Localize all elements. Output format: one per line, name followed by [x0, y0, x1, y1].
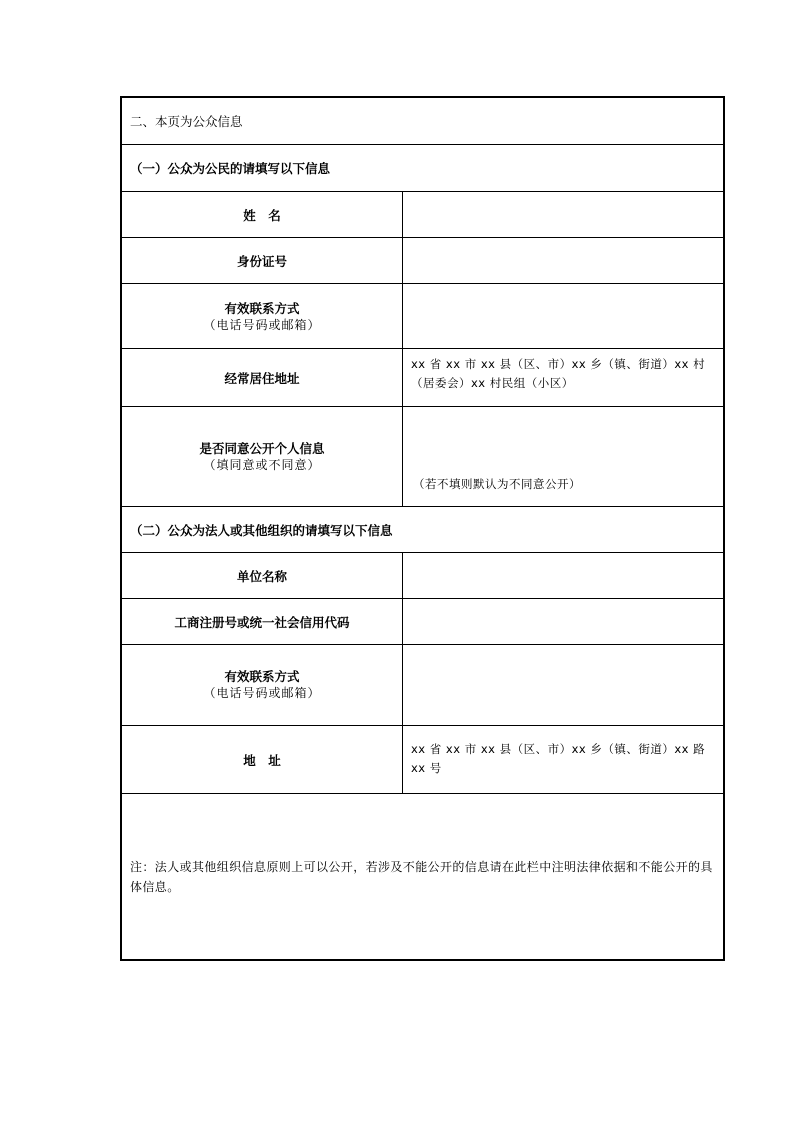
org-contact-label: 有效联系方式 （电话号码或邮箱）: [122, 645, 403, 725]
org-section-heading: （二）公众为法人或其他组织的请填写以下信息: [122, 507, 723, 552]
citizen-contact-field[interactable]: [403, 284, 723, 348]
citizen-contact-row: 有效联系方式 （电话号码或邮箱）: [122, 283, 723, 348]
citizen-contact-label: 有效联系方式 （电话号码或邮箱）: [122, 284, 403, 348]
org-code-label: 工商注册号或统一社会信用代码: [122, 599, 403, 644]
org-code-field[interactable]: [403, 599, 723, 644]
citizen-name-label: 姓 名: [122, 192, 403, 237]
org-name-field[interactable]: [403, 553, 723, 598]
org-address-label: 地 址: [122, 726, 403, 793]
page-title-row: 二、本页为公众信息: [122, 98, 723, 144]
note-row: 注：法人或其他组织信息原则上可以公开，若涉及不能公开的信息请在此栏中注明法律依据…: [122, 793, 723, 959]
org-address-field[interactable]: xx 省 xx 市 xx 县（区、市）xx 乡（镇、街道）xx 路 xx 号: [403, 726, 723, 793]
citizen-consent-label: 是否同意公开个人信息 （填同意或不同意）: [122, 407, 403, 506]
citizen-consent-field[interactable]: （若不填则默认为不同意公开）: [403, 407, 723, 506]
citizen-id-field[interactable]: [403, 238, 723, 283]
page-title: 二、本页为公众信息: [122, 98, 723, 144]
note-field[interactable]: 注：法人或其他组织信息原则上可以公开，若涉及不能公开的信息请在此栏中注明法律依据…: [122, 794, 723, 959]
org-address-row: 地 址 xx 省 xx 市 xx 县（区、市）xx 乡（镇、街道）xx 路 xx…: [122, 725, 723, 793]
citizen-name-field[interactable]: [403, 192, 723, 237]
citizen-id-row: 身份证号: [122, 237, 723, 283]
consent-default-hint: （若不填则默认为不同意公开）: [413, 475, 581, 494]
citizen-address-row: 经常居住地址 xx 省 xx 市 xx 县（区、市）xx 乡（镇、街道）xx 村…: [122, 348, 723, 406]
org-contact-row: 有效联系方式 （电话号码或邮箱）: [122, 644, 723, 725]
citizen-section-heading: （一）公众为公民的请填写以下信息: [122, 145, 723, 191]
citizen-section-heading-row: （一）公众为公民的请填写以下信息: [122, 144, 723, 191]
org-name-row: 单位名称: [122, 552, 723, 598]
citizen-address-label: 经常居住地址: [122, 349, 403, 406]
org-code-row: 工商注册号或统一社会信用代码: [122, 598, 723, 644]
citizen-name-row: 姓 名: [122, 191, 723, 237]
org-contact-field[interactable]: [403, 645, 723, 725]
public-info-form: 二、本页为公众信息 （一）公众为公民的请填写以下信息 姓 名 身份证号 有效联系…: [120, 96, 725, 961]
citizen-address-field[interactable]: xx 省 xx 市 xx 县（区、市）xx 乡（镇、街道）xx 村（居委会）xx…: [403, 349, 723, 406]
org-name-label: 单位名称: [122, 553, 403, 598]
citizen-consent-row: 是否同意公开个人信息 （填同意或不同意） （若不填则默认为不同意公开）: [122, 406, 723, 506]
citizen-id-label: 身份证号: [122, 238, 403, 283]
org-section-heading-row: （二）公众为法人或其他组织的请填写以下信息: [122, 506, 723, 552]
note-text: 注：法人或其他组织信息原则上可以公开，若涉及不能公开的信息请在此栏中注明法律依据…: [130, 857, 715, 897]
